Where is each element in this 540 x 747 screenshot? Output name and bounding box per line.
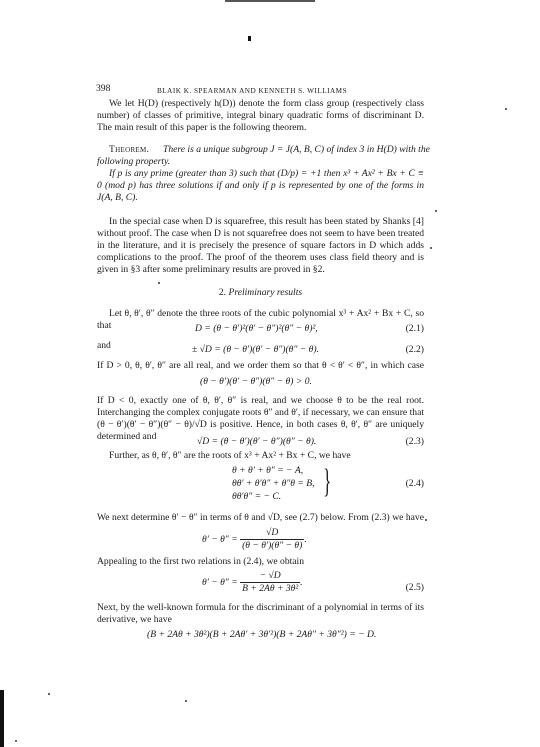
theorem-line-3: If p is any prime (greater than 3) such … (97, 168, 424, 180)
next-line-2: derivative, we have (97, 614, 172, 626)
if-negative-line-2: Interchanging the complex conjugate root… (97, 407, 424, 419)
if-positive-line: If D > 0, θ, θ′, θ″ are all real, and we… (97, 360, 424, 372)
further-line: Further, as θ, θ′, θ″ are the roots of x… (97, 450, 351, 462)
fraction-1-denominator: (θ − θ′)(θ″ − θ) (240, 540, 304, 552)
intro-line-2: number) of classes of primitive, integra… (97, 110, 424, 122)
equation-number-2-2: (2.2) (406, 344, 424, 356)
section-title: Preliminary results (228, 287, 302, 298)
intro-line-1: We let H(D) (respectively h(D)) denote t… (97, 98, 424, 110)
equation-2-4-row-2: θθ′ + θ′θ″ + θ″θ = B, (232, 478, 315, 490)
equation-2-1: D = (θ − θ′)²(θ′ − θ″)²(θ″ − θ)², (195, 323, 318, 335)
theorem-line-4: 0 (mod p) has three solutions if and onl… (97, 180, 424, 192)
para2-line-1: In the special case when D is squarefree… (97, 216, 424, 228)
para2-line-2: without proof. The case when D is not sq… (97, 228, 424, 240)
scan-speck (185, 700, 187, 702)
next-determine-line: We next determine θ′ − θ″ in terms of θ … (97, 512, 424, 524)
theorem-label: Theorem. (109, 144, 149, 156)
appealing-line: Appealing to the first two relations in … (97, 556, 304, 568)
equation-2-4-row-3: θθ′θ″ = − C. (232, 491, 281, 503)
equation-number-2-4: (2.4) (406, 478, 424, 490)
and-word: and (97, 340, 111, 352)
scan-speck (15, 740, 17, 742)
discriminant-equation: (B + 2Aθ + 3θ²)(B + 2Aθ′ + 3θ′²)(B + 2Aθ… (147, 629, 376, 641)
next-line-1: Next, by the well-known formula for the … (97, 602, 424, 614)
intro-line-3: The main result of this paper is the fol… (97, 122, 306, 134)
para2-line-4: complications to the proof. The proof of… (97, 252, 424, 264)
let-line: Let θ, θ′, θ″ denote the three roots of … (97, 308, 424, 320)
section-number: 2. (219, 287, 226, 298)
fraction-2-5-numerator: − √D (240, 570, 300, 583)
fraction-2-5-denominator: B + 2Aθ + 3θ² (240, 583, 300, 595)
equation-2-2: ± √D = (θ − θ′)(θ′ − θ″)(θ″ − θ). (192, 344, 319, 356)
equation-number-2-5: (2.5) (406, 582, 424, 594)
theorem-line-2: following property. (97, 156, 170, 168)
theorem-line-5: J(A, B, C). (97, 192, 138, 204)
equation-2-4-row-1: θ + θ′ + θ″ = − A, (232, 465, 303, 477)
fraction-equation-1: θ′ − θ″ = √D (θ − θ′)(θ″ − θ) . (202, 527, 307, 553)
scan-speck (430, 247, 432, 249)
if-negative-line-4: determined and (97, 431, 156, 443)
scan-binding-edge (0, 690, 4, 747)
if-negative-line-1: If D < 0, exactly one of θ, θ′, θ″ is re… (97, 395, 424, 407)
para2-line-5: given in §3 after some preliminary resul… (97, 264, 325, 276)
scan-speck (425, 519, 427, 521)
theorem-line-1: There is a unique subgroup J = J(A, B, C… (163, 144, 424, 156)
scan-speck (435, 210, 437, 212)
page-number: 398 (96, 83, 110, 95)
scan-speck (505, 108, 507, 110)
right-brace: } (323, 465, 331, 499)
if-negative-line-3: (θ − θ′)(θ′ − θ″)(θ″ − θ)/√D is positive… (97, 419, 424, 431)
fraction-2-5: − √D B + 2Aθ + 3θ² (240, 570, 300, 596)
running-head: BLAIK K. SPEARMAN AND KENNETH S. WILLIAM… (157, 85, 347, 97)
scan-speck (158, 282, 160, 284)
equation-2-3: √D = (θ − θ′)(θ′ − θ″)(θ″ − θ). (197, 436, 316, 448)
equation-number-2-3: (2.3) (406, 436, 424, 448)
equation-2-5: θ′ − θ″ = − √D B + 2Aθ + 3θ² . (202, 570, 303, 596)
equation-number-2-1: (2.1) (406, 323, 424, 335)
para2-line-3: in the literature, and it is precisely t… (97, 240, 424, 252)
equation-2-5-lhs: θ′ − θ″ = (202, 577, 238, 588)
scan-speck (48, 693, 50, 695)
fraction-1: √D (θ − θ′)(θ″ − θ) (240, 527, 304, 553)
fraction-1-lhs: θ′ − θ″ = (202, 534, 238, 545)
fraction-1-numerator: √D (240, 527, 304, 540)
scan-edge-line (225, 0, 315, 2)
scan-mark (248, 36, 251, 41)
section-heading: 2. Preliminary results (97, 287, 424, 299)
inequality: (θ − θ′)(θ′ − θ″)(θ″ − θ) > 0. (200, 376, 312, 388)
that-word: that (97, 320, 111, 332)
